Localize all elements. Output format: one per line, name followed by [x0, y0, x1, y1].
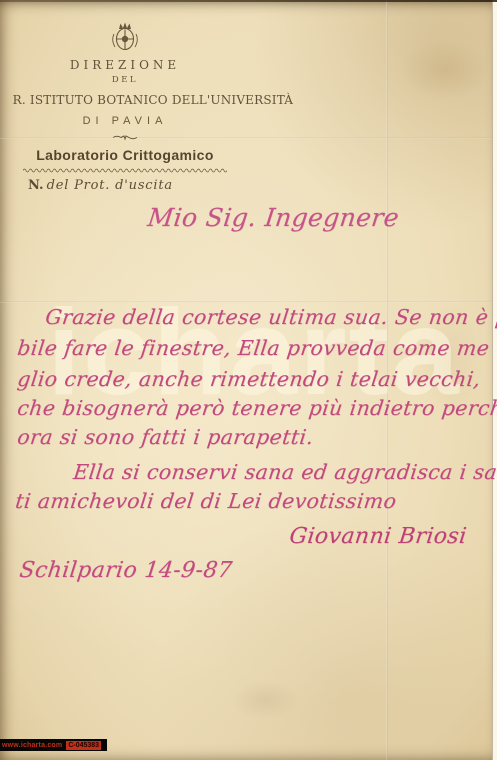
body-line: bile fare le finestre, Ella provveda com…	[16, 336, 491, 360]
letterhead-laboratorio: Laboratorio Crittogamico	[8, 147, 242, 163]
watermark-site-url: www.icharta.com	[2, 742, 62, 749]
protocol-label: del Prot. d'uscita	[47, 178, 173, 193]
protocol-n: N.	[28, 178, 44, 193]
paper-stain	[230, 680, 300, 720]
letterhead-del: DEL	[8, 75, 242, 85]
paper-stain	[400, 40, 490, 100]
wavy-underline	[23, 167, 227, 173]
letter-scan: icharta DIREZIONE DEL R. ISTITUTO BOTANI…	[0, 0, 497, 760]
body-line: glio crede, anche rimettendo i telai vec…	[16, 367, 482, 391]
body-line: ora si sono fatti i parapetti.	[16, 425, 315, 449]
letterhead-di-pavia: DI PAVIA	[8, 115, 242, 127]
divider-ornament-icon	[112, 134, 138, 141]
icharta-watermark-bar: www.icharta.com C-045383	[0, 739, 107, 751]
letterhead-istituto: R. ISTITUTO BOTANICO DELL'UNIVERSITÀ	[13, 92, 238, 107]
letterhead: DIREZIONE DEL R. ISTITUTO BOTANICO DELL'…	[8, 20, 242, 193]
royal-crest-icon	[107, 20, 143, 54]
body-line: che bisognerà però tenere più indietro p…	[16, 396, 497, 420]
closing-line: ti amichevoli del di Lei devotissimo	[14, 489, 398, 513]
scan-edge-top	[0, 0, 497, 2]
closing-line: Ella si conservi sana ed aggradisca i sa…	[72, 460, 497, 484]
body-line: Grazie della cortese ultima sua. Se non …	[44, 305, 497, 329]
protocol-number-line: N.del Prot. d'uscita	[8, 178, 242, 193]
salutation: Mio Sig. Ingegnere	[146, 203, 401, 232]
dateline: Schilpario 14-9-87	[18, 558, 234, 583]
letterhead-direzione: DIREZIONE	[8, 58, 242, 72]
signature: Giovanni Briosi	[288, 524, 468, 549]
watermark-catalog-code: C-045383	[66, 741, 101, 750]
